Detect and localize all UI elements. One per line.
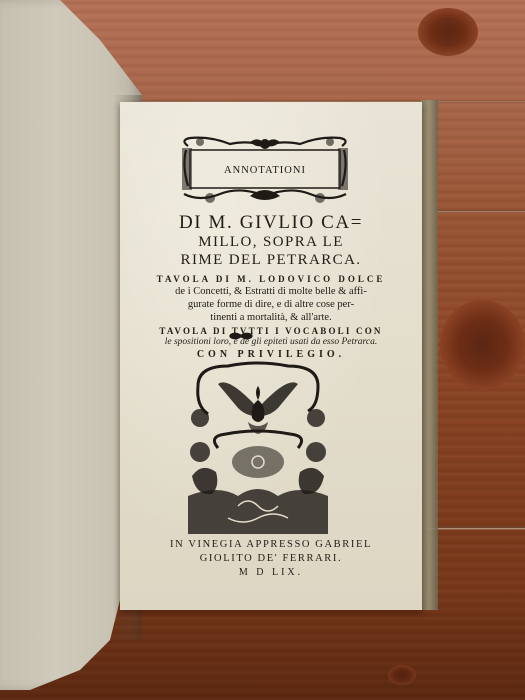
fleuron-ornament-icon — [228, 331, 254, 341]
tavola-dolce-line-1: de i Concetti, & Estratti di molte belle… — [120, 286, 422, 297]
imprint-line-1: IN VINEGIA APPRESSO GABRIEL — [120, 539, 422, 550]
book-edge — [420, 100, 438, 610]
wood-knot — [418, 8, 478, 56]
wood-knot — [440, 300, 525, 390]
tavola-dolce-line-2: gurate forme di dire, e di altre cose pe… — [120, 299, 422, 310]
heading-line-2: MILLO, SOPRA LE — [120, 234, 422, 251]
wood-plank-seam — [430, 527, 525, 530]
imprint-date: M D LIX. — [120, 567, 422, 578]
cartouche-title: ANNOTATIONI — [180, 165, 350, 176]
tavola-vocaboli-italic: le spositioni loro, e de gli epiteti usa… — [120, 337, 422, 347]
title-page: ANNOTATIONI DI M. GIVLIO CA= MILLO, SOPR… — [120, 102, 422, 610]
tavola-dolce-caps: TAVOLA DI M. LODOVICO DOLCE — [120, 274, 422, 284]
heading-line-3: RIME DEL PETRARCA. — [120, 252, 422, 269]
tavola-vocaboli-caps: TAVOLA DI TVTTI I VOCABOLI CON — [120, 326, 422, 336]
imprint-line-2: GIOLITO DE' FERRARI. — [120, 553, 422, 564]
tavola-dolce-line-3: tinenti a mortalità, & all'arte. — [120, 312, 422, 323]
heading-line-1: DI M. GIVLIO CA= — [120, 212, 422, 234]
printer-device-phoenix-icon — [178, 356, 338, 536]
wood-plank-seam — [430, 210, 525, 213]
photo-scene: ANNOTATIONI DI M. GIVLIO CA= MILLO, SOPR… — [0, 0, 525, 700]
